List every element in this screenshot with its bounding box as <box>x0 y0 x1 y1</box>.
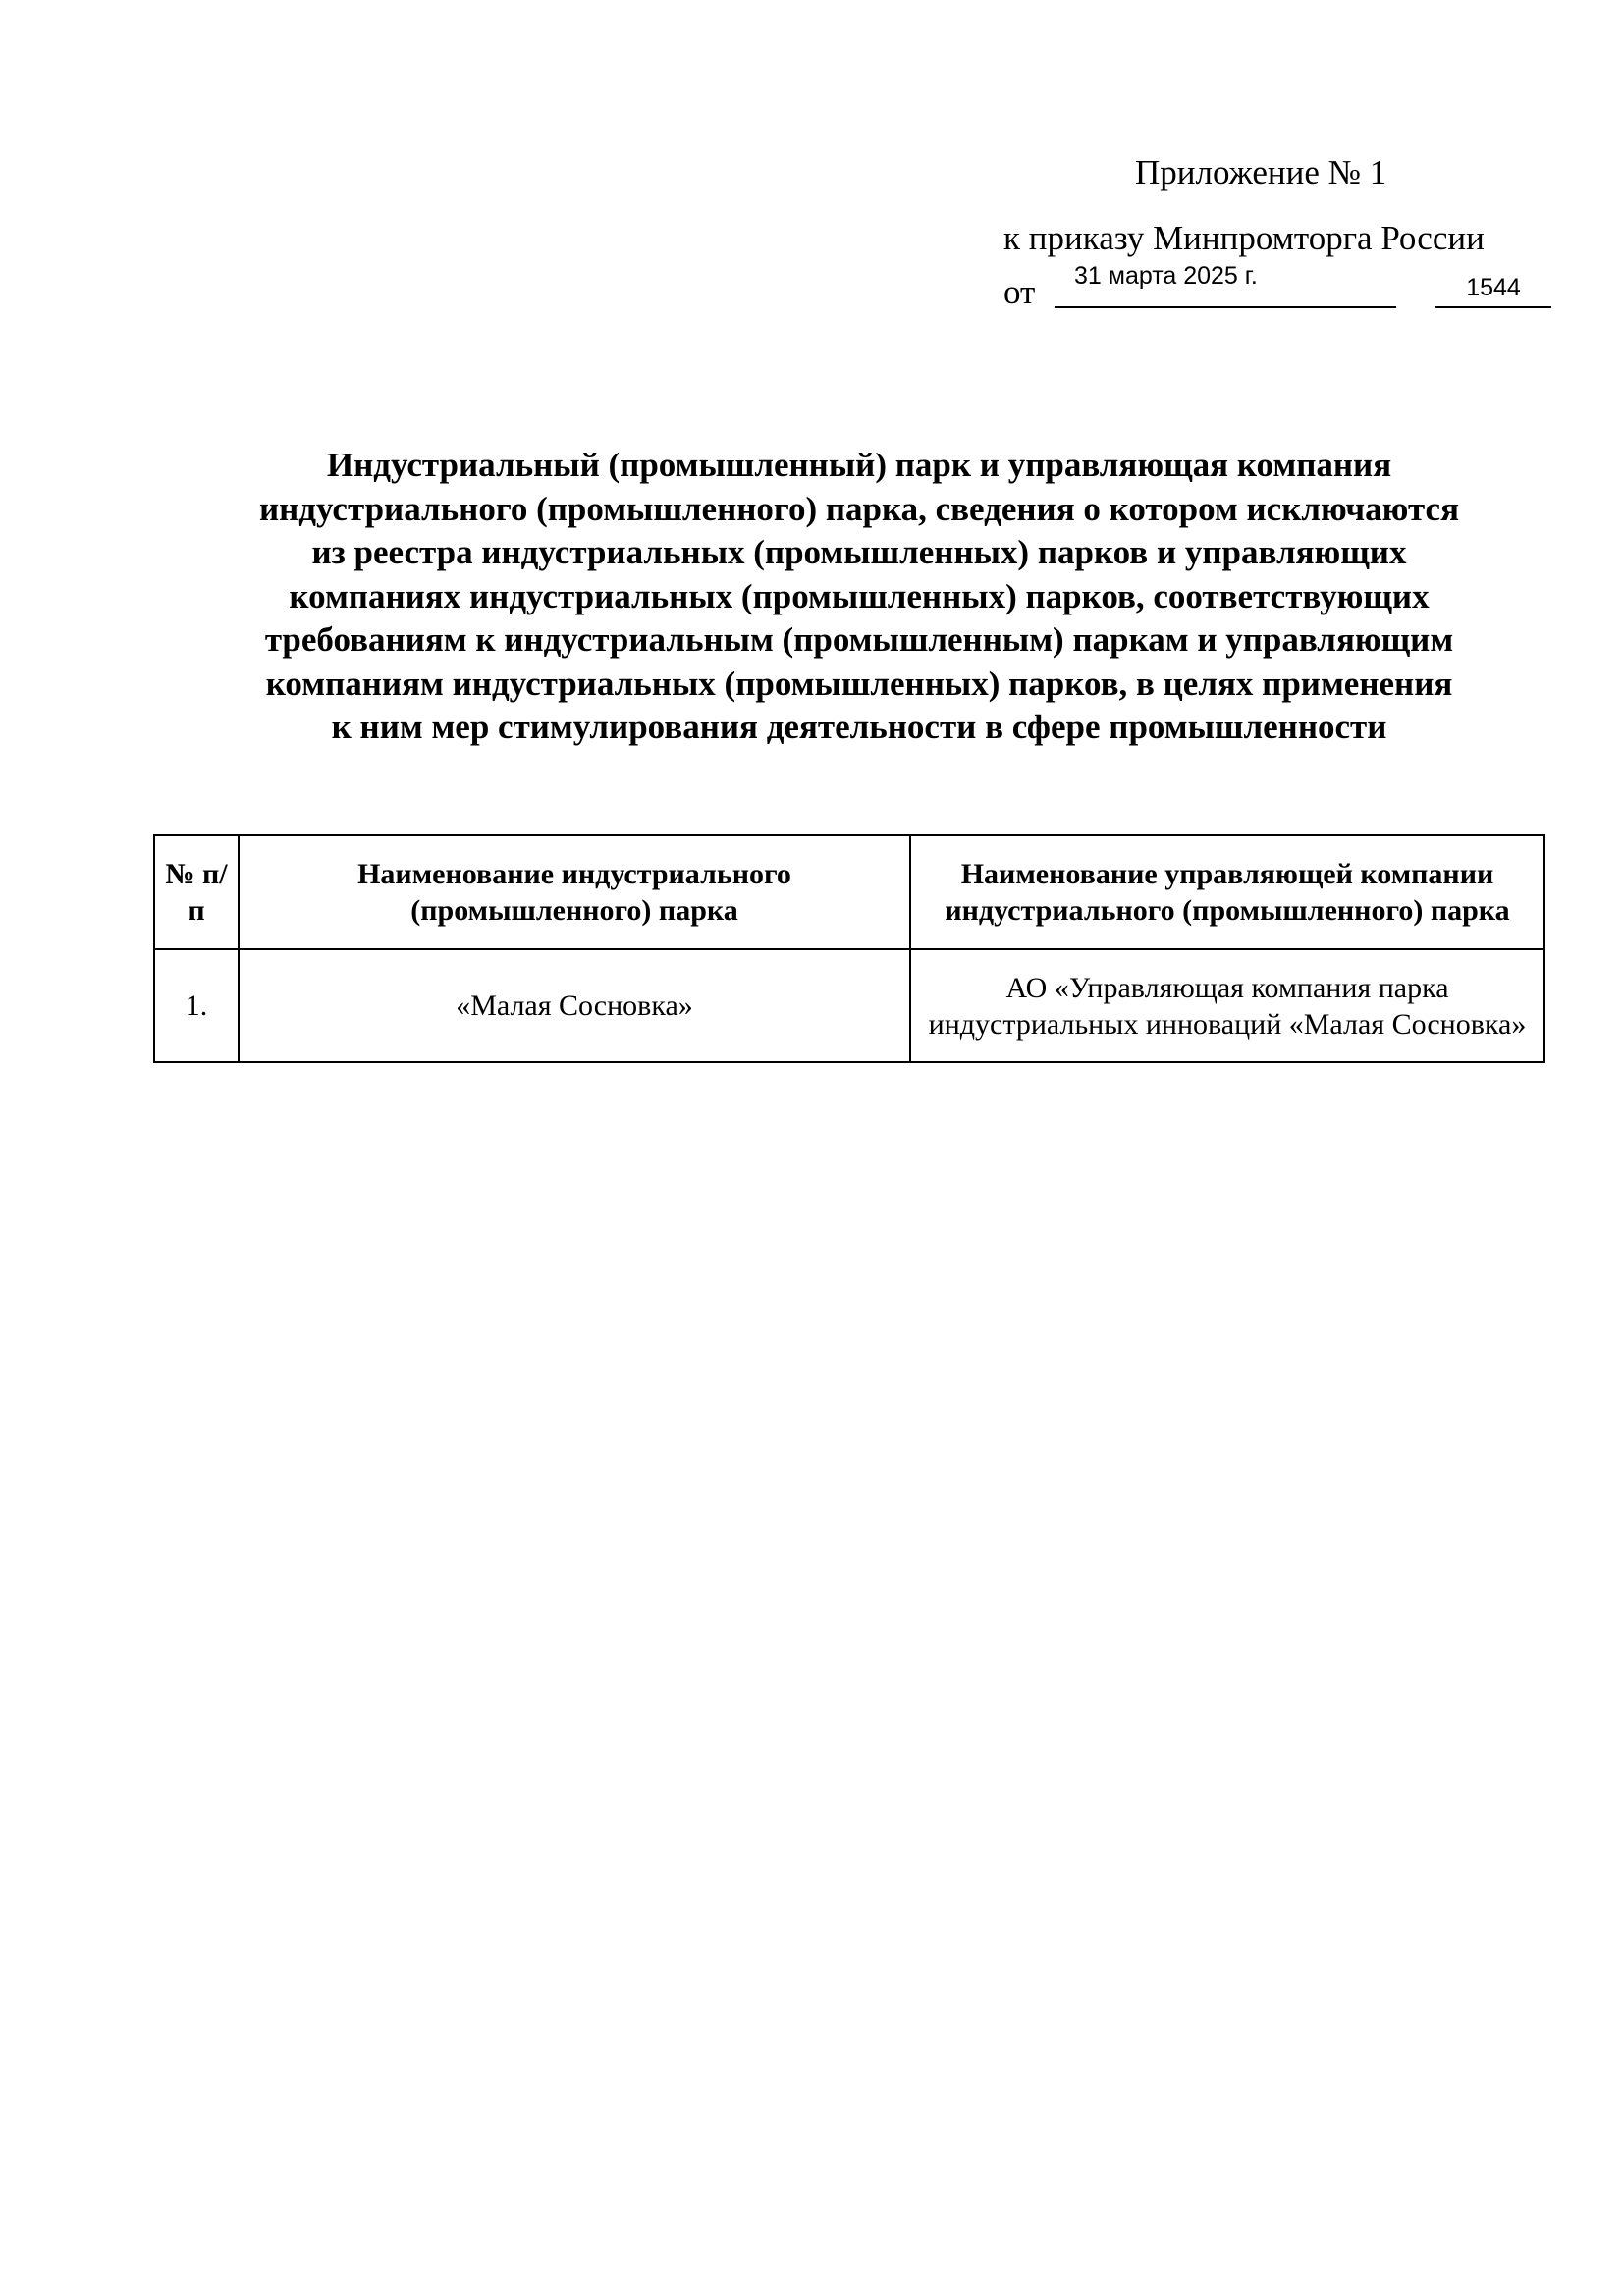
appendix-label: Приложение № 1 <box>1135 153 1386 192</box>
title-line: компаниям индустриальных (промышленных) … <box>147 663 1571 707</box>
order-reference: к приказу Минпромторга России <box>1003 219 1485 258</box>
header-company: Наименование управляющей компании индуст… <box>910 835 1544 949</box>
title-line: компаниях индустриальных (промышленных) … <box>147 575 1571 619</box>
table-header-row: № п/п Наименование индустриального (пром… <box>154 835 1544 949</box>
cell-num: 1. <box>154 949 239 1062</box>
document-title: Индустриальный (промышленный) парк и упр… <box>147 444 1571 750</box>
order-number: 1544 <box>1435 273 1551 302</box>
title-line: из реестра индустриальных (промышленных)… <box>147 531 1571 575</box>
header-park: Наименование индустриального (промышленн… <box>239 835 910 949</box>
title-line: индустриального (промышленного) парка, с… <box>147 488 1571 532</box>
date-prefix: от <box>1003 273 1035 312</box>
cell-company: АО «Управляющая компания парка индустриа… <box>910 949 1544 1062</box>
table-row: 1. «Малая Сосновка» АО «Управляющая комп… <box>154 949 1544 1062</box>
order-number-field: 1544 <box>1435 261 1551 308</box>
title-line: Индустриальный (промышленный) парк и упр… <box>147 444 1571 488</box>
order-date-row: от 31 марта 2025 г. 1544 <box>1003 261 1553 310</box>
title-line: требованиям к индустриальным (промышленн… <box>147 618 1571 663</box>
title-line: к ним мер стимулирования деятельности в … <box>147 706 1571 750</box>
order-date-field: 31 марта 2025 г. <box>1055 261 1396 308</box>
header-num: № п/п <box>154 835 239 949</box>
registry-table: № п/п Наименование индустриального (пром… <box>153 834 1545 1063</box>
order-date: 31 марта 2025 г. <box>1074 261 1396 291</box>
cell-park: «Малая Сосновка» <box>239 949 910 1062</box>
